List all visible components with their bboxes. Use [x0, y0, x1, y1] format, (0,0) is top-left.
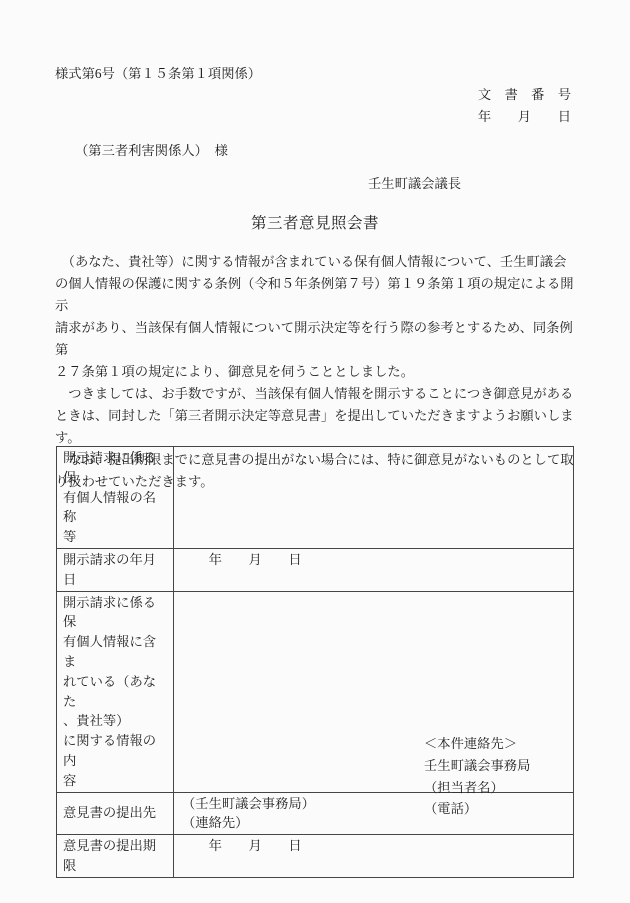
contact-heading: ＜本件連絡先＞: [424, 733, 530, 755]
row-label-submit-deadline: 意見書の提出期限: [57, 835, 174, 878]
contact-lines: 壬生町議会事務局 （担当者名） （電話）: [424, 755, 530, 820]
document-number-block: 文 書 番 号 年 月 日: [478, 84, 571, 128]
row-label-info-name: 開示請求に係る保 有個人情報の名称 等: [57, 447, 174, 549]
row-value-submit-deadline: 年 月 日: [174, 835, 574, 878]
paragraph-request-notice: （あなた、貴社等）に関する情報が含まれている保有個人情報について、壬生町議会 の…: [55, 251, 576, 383]
table-row-submit-deadline: 意見書の提出期限 年 月 日: [57, 835, 574, 878]
row-value-info-name: [174, 447, 574, 549]
table-row-request-date: 開示請求の年月日 年 月 日: [57, 548, 574, 591]
page-title: 第三者意見照会書: [0, 211, 630, 233]
row-label-info-content: 開示請求に係る保 有個人情報に含ま れている（あなた 、貴社等） に関する情報の…: [57, 591, 174, 792]
document-page: 様式第6号（第１５条第１項関係） 文 書 番 号 年 月 日 （第三者利害関係人…: [0, 0, 630, 903]
addressee: （第三者利害関係人） 様: [75, 140, 228, 159]
row-value-request-date: 年 月 日: [174, 548, 574, 591]
sender-title: 壬生町議会議長: [368, 173, 461, 192]
paragraph-opinion-request: つきましては、お手数ですが、当該保有個人情報を開示することにつき御意見がある と…: [55, 383, 576, 449]
contact-block: ＜本件連絡先＞ 壬生町議会事務局 （担当者名） （電話）: [424, 733, 530, 820]
document-date-placeholder: 年 月 日: [478, 106, 571, 128]
table-row-info-name: 開示請求に係る保 有個人情報の名称 等: [57, 447, 574, 549]
document-number-placeholder: 文 書 番 号: [478, 84, 571, 106]
row-label-request-date: 開示請求の年月日: [57, 548, 174, 591]
form-number: 様式第6号（第１５条第１項関係）: [55, 63, 261, 82]
row-label-submit-to: 意見書の提出先: [57, 792, 174, 835]
